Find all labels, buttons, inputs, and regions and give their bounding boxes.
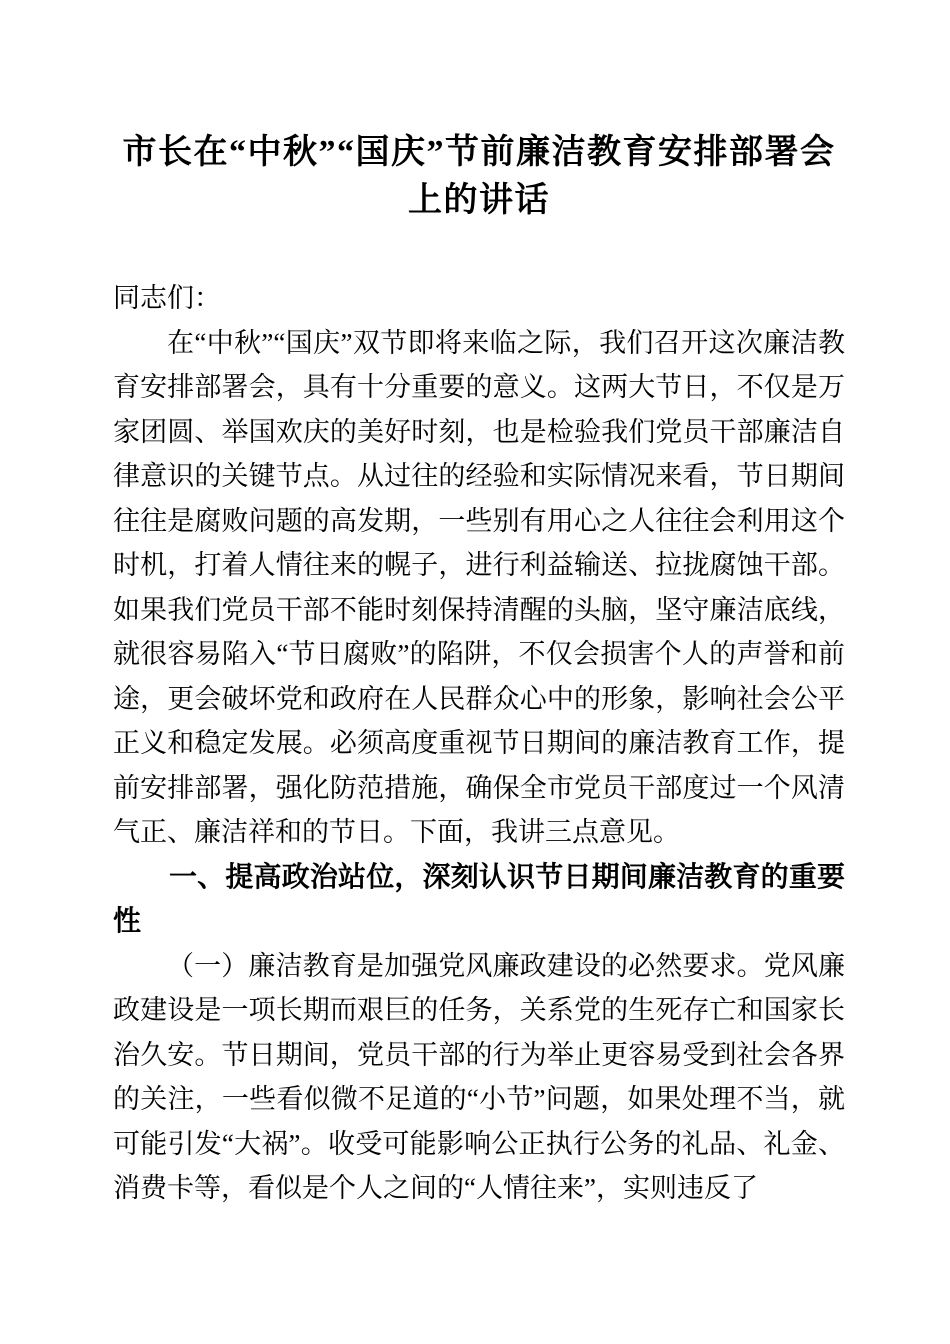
paragraph: 在“中秋”“国庆”双节即将来临之际，我们召开这次廉洁教育安排部署会，具有十分重要…: [113, 321, 845, 855]
document-page: 市长在“中秋”“国庆”节前廉洁教育安排部署会上的讲话 同志们： 在“中秋”“国庆…: [0, 0, 950, 1344]
document-title: 市长在“中秋”“国庆”节前廉洁教育安排部署会上的讲话: [113, 129, 845, 224]
salutation: 同志们：: [113, 276, 845, 321]
paragraph: （一）廉洁教育是加强党风廉政建设的必然要求。党风廉政建设是一项长期而艰巨的任务，…: [113, 944, 845, 1211]
document-body: 在“中秋”“国庆”双节即将来临之际，我们召开这次廉洁教育安排部署会，具有十分重要…: [113, 321, 845, 1211]
section-heading: 一、提高政治站位，深刻认识节日期间廉洁教育的重要性: [113, 855, 845, 944]
